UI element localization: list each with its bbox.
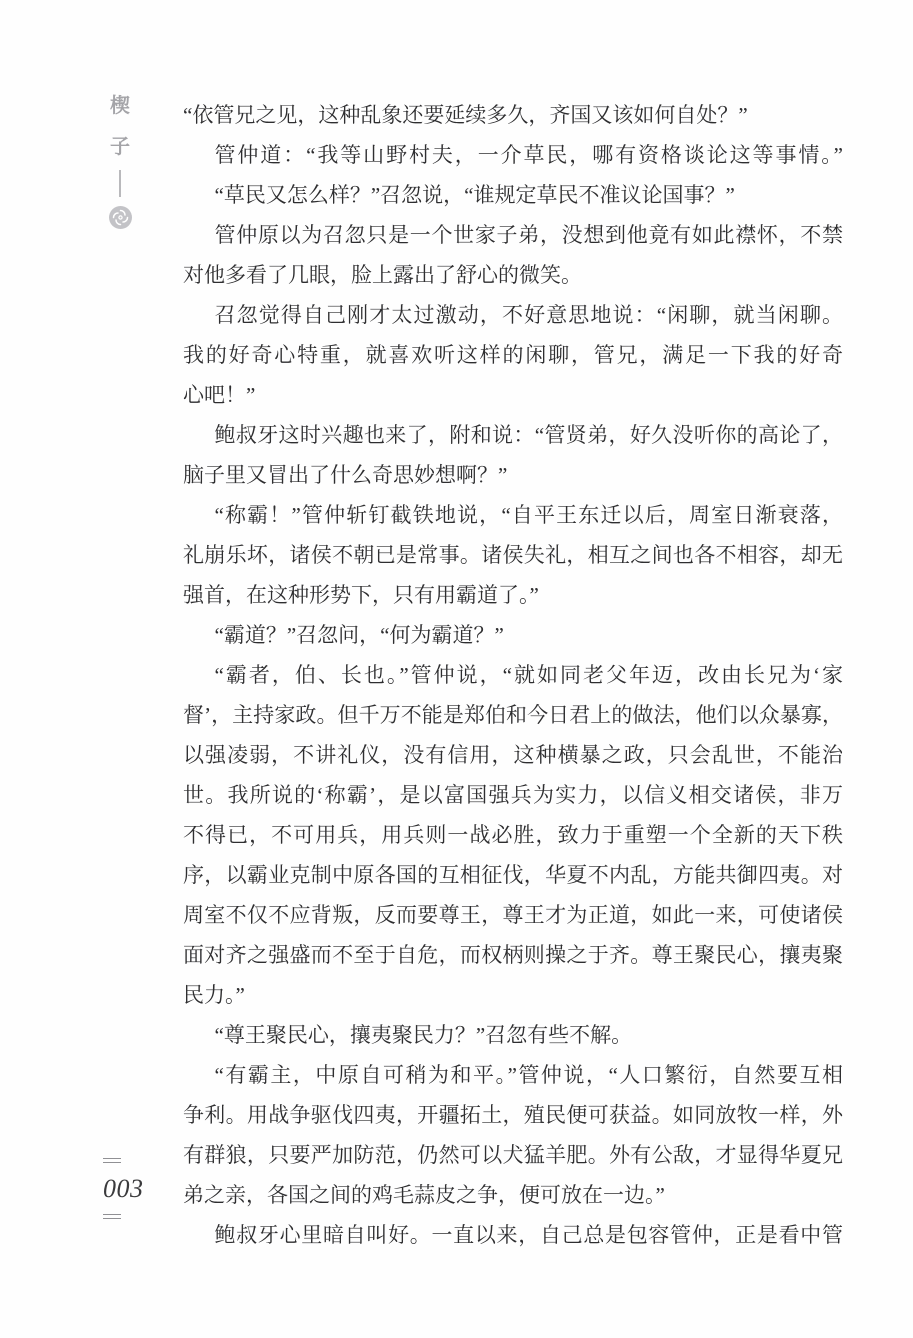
footer-rule-top (103, 1158, 121, 1163)
text-line: 面对齐之强盛而不至于自危，而权柄则操之于齐。尊王聚民心，攘夷聚 (183, 935, 843, 975)
text-line: “有霸主，中原自可稍为和平。”管仲说，“人口繁衍，自然要互相 (183, 1055, 843, 1095)
footer-rule-bottom (103, 1214, 121, 1219)
text-line: “尊王聚民心，攘夷聚民力？”召忽有些不解。 (183, 1015, 843, 1055)
text-line: “称霸！”管仲斩钉截铁地说，“自平王东迁以后，周室日渐衰落， (183, 495, 843, 535)
text-line: 强首，在这种形势下，只有用霸道了。” (183, 575, 843, 615)
text-line: 对他多看了几眼，脸上露出了舒心的微笑。 (183, 255, 843, 295)
text-line: 不得已，不可用兵，用兵则一战必胜，致力于重塑一个全新的天下秩 (183, 815, 843, 855)
text-line: 心吧！” (183, 375, 843, 415)
chapter-title-char-2: 子 (110, 137, 130, 157)
chapter-title-char-1: 楔 (110, 96, 130, 116)
text-line: 召忽觉得自己刚才太过激动，不好意思地说：“闲聊，就当闲聊。 (183, 295, 843, 335)
text-line: 管仲原以为召忽只是一个世家子弟，没想到他竟有如此襟怀，不禁 (183, 215, 843, 255)
chapter-sidebar: 楔 子 (106, 96, 134, 230)
text-line: 民力。” (183, 975, 843, 1015)
book-page: 楔 子 “依管兄之见，这种乱象还要延续多久，齐国又该如何自处？”管仲道：“我等山… (0, 0, 913, 1338)
text-line: “草民又怎么样？”召忽说，“谁规定草民不准议论国事？” (183, 175, 843, 215)
text-line: “依管兄之见，这种乱象还要延续多久，齐国又该如何自处？” (183, 95, 843, 135)
text-line: “霸道？”召忽问，“何为霸道？” (183, 615, 843, 655)
text-line: “霸者，伯、长也。”管仲说，“就如同老父年迈，改由长兄为‘家 (183, 655, 843, 695)
page-number: 003 (103, 1176, 144, 1202)
text-column: “依管兄之见，这种乱象还要延续多久，齐国又该如何自处？”管仲道：“我等山野村夫，… (183, 95, 843, 1255)
text-line: 我的好奇心特重，就喜欢听这样的闲聊，管兄，满足一下我的好奇 (183, 335, 843, 375)
text-line: 有群狼，只要严加防范，仍然可以犬猛羊肥。外有公敌，才显得华夏兄 (183, 1135, 843, 1175)
text-line: 周室不仅不应背叛，反而要尊王，尊王才为正道，如此一来，可使诸侯 (183, 895, 843, 935)
text-line: 序，以霸业克制中原各国的互相征伐，华夏不内乱，方能共御四夷。对 (183, 855, 843, 895)
text-line: 世。我所说的‘称霸’，是以富国强兵为实力，以信义相交诸侯，非万 (183, 775, 843, 815)
text-line: 鲍叔牙心里暗自叫好。一直以来，自己总是包容管仲，正是看中管 (183, 1215, 843, 1255)
text-line: 礼崩乐坏，诸侯不朝已是常事。诸侯失礼，相互之间也各不相容，却无 (183, 535, 843, 575)
text-line: 督’，主持家政。但千万不能是郑伯和今日君上的做法，他们以众暴寡， (183, 695, 843, 735)
text-line: 以强凌弱，不讲礼仪，没有信用，这种横暴之政，只会乱世，不能治 (183, 735, 843, 775)
text-line: 脑子里又冒出了什么奇思妙想啊？” (183, 455, 843, 495)
text-line: 弟之亲，各国之间的鸡毛蒜皮之争，便可放在一边。” (183, 1175, 843, 1215)
text-line: 鲍叔牙这时兴趣也来了，附和说：“管贤弟，好久没听你的高论了， (183, 415, 843, 455)
text-line: 管仲道：“我等山野村夫，一介草民，哪有资格谈论这等事情。” (183, 135, 843, 175)
text-line: 争利。用战争驱伐四夷，开疆拓土，殖民便可获益。如同放牧一样，外 (183, 1095, 843, 1135)
seal-icon (108, 205, 133, 230)
chapter-divider-line (119, 170, 121, 197)
page-footer: 003 (103, 1158, 144, 1219)
